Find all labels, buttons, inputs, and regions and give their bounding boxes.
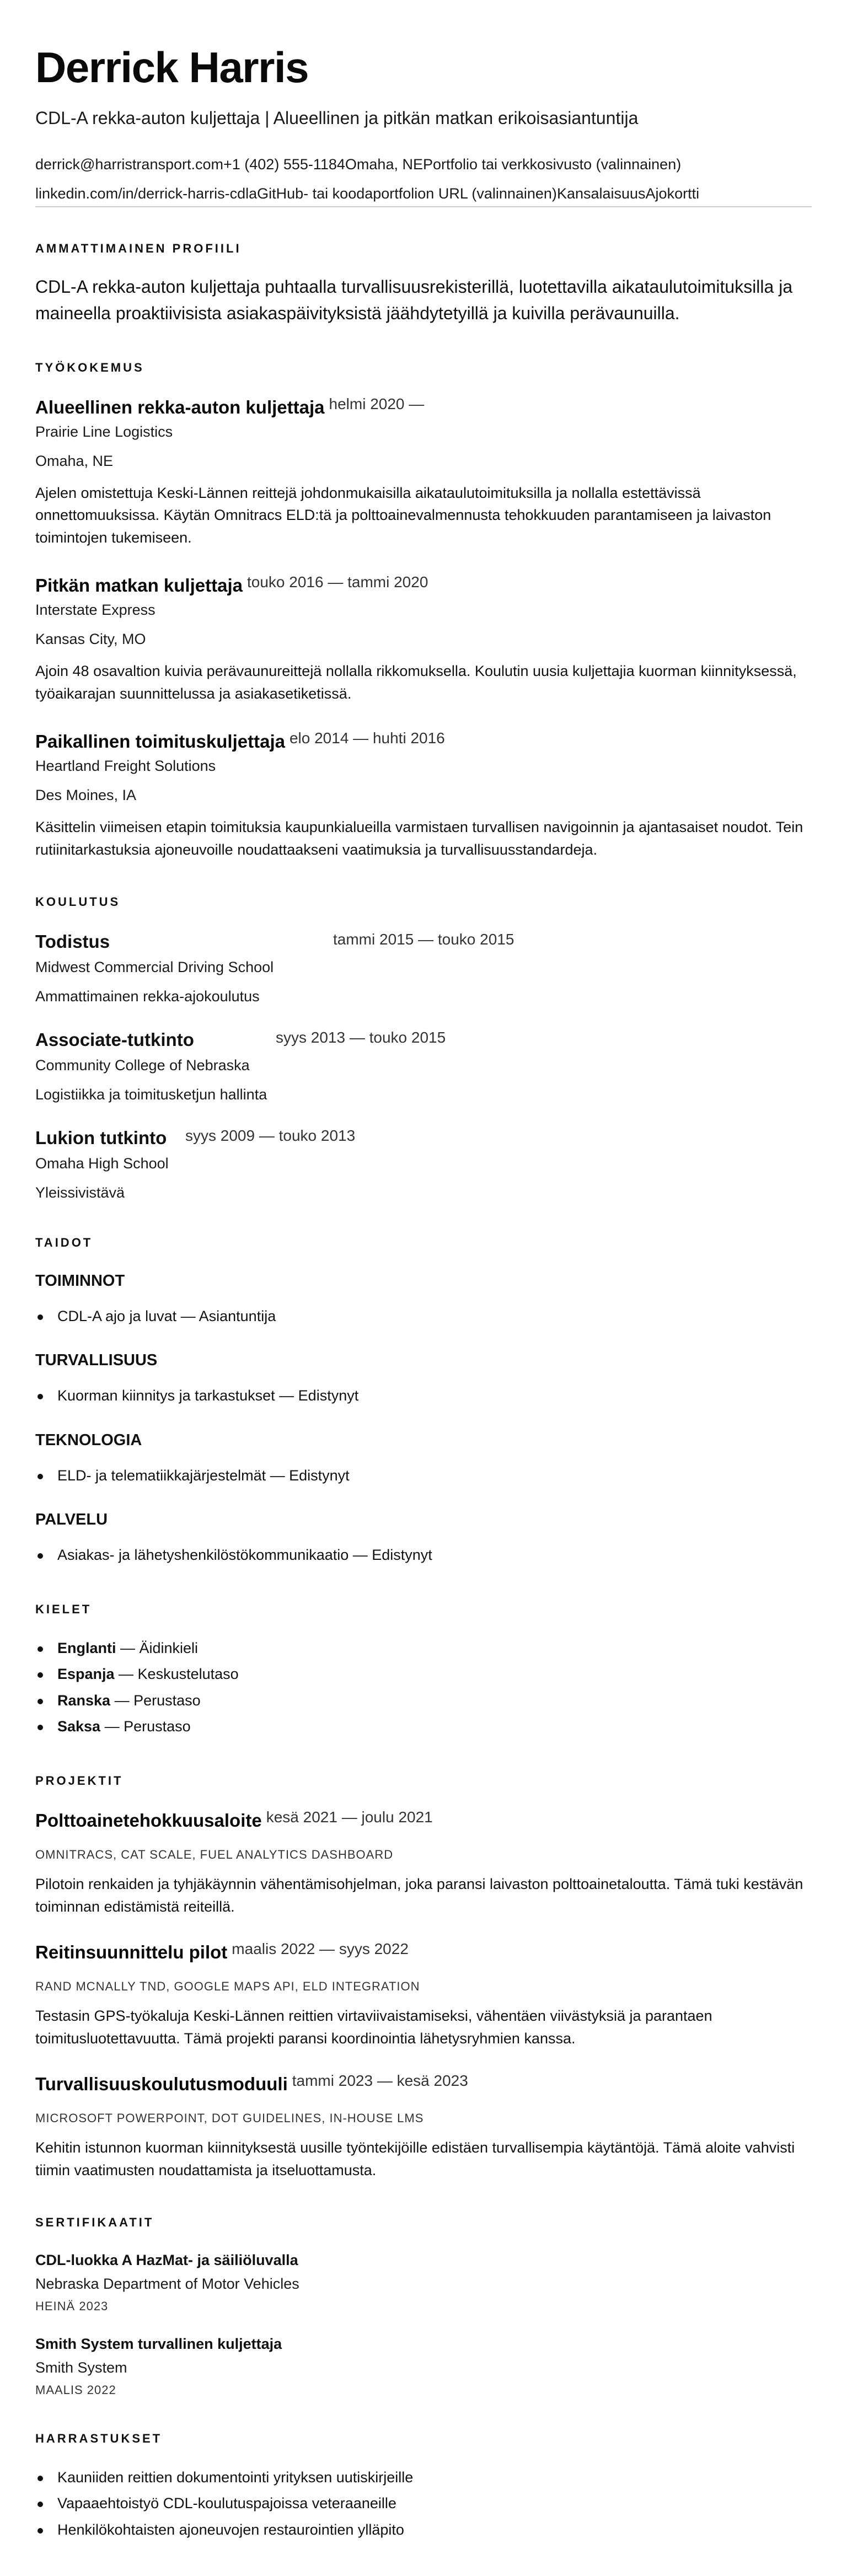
skill-item: Kuorman kiinnitys ja tarkastukset — Edis… <box>35 1383 812 1409</box>
language-name: Ranska <box>57 1692 110 1709</box>
degree-title: Lukion tutkinto <box>35 1128 185 1149</box>
project-entry: Turvallisuuskoulutusmoduulitammi 2023 — … <box>35 2074 812 2181</box>
certification-date: maalis 2022 <box>35 2383 812 2397</box>
job-description: Ajoin 48 osavaltion kuivia perävaunureit… <box>35 660 812 705</box>
certification-date: heinä 2023 <box>35 2299 812 2314</box>
section-title: Koulutus <box>35 895 812 909</box>
education-dates: tammi 2015 — touko 2015 <box>333 931 514 948</box>
headline: CDL-A rekka-auton kuljettaja | Alueellin… <box>35 107 812 130</box>
section-title: Sertifikaatit <box>35 2215 812 2230</box>
entry-header: Turvallisuuskoulutusmoduulitammi 2023 — … <box>35 2074 812 2095</box>
experience-entry: Pitkän matkan kuljettajatouko 2016 — tam… <box>35 575 812 705</box>
project-dates: tammi 2023 — kesä 2023 <box>292 2072 468 2090</box>
contact-citizenship: Kansalaisuus <box>557 185 646 202</box>
entry-header: Todistustammi 2015 — touko 2015 <box>35 931 812 952</box>
experience-section: Työkokemus Alueellinen rekka-auton kulje… <box>35 361 812 861</box>
field-of-study: Logistiikka ja toimitusketjun hallinta <box>35 1086 812 1103</box>
certifications-section: Sertifikaatit CDL-luokka A HazMat- ja sä… <box>35 2215 812 2397</box>
hobbies-section: Harrastukset Kauniiden reittien dokument… <box>35 2432 812 2543</box>
entry-header: Paikallinen toimituskuljettajaelo 2014 —… <box>35 731 812 752</box>
skills-section: Taidot ToiminnotCDL-A ajo ja luvat — Asi… <box>35 1236 812 1568</box>
education-list: Todistustammi 2015 — touko 2015Midwest C… <box>35 931 812 1201</box>
skill-list: Asiakas- ja lähetyshenkilöstökommunikaat… <box>35 1542 812 1568</box>
entry-header: Lukion tutkintosyys 2009 — touko 2013 <box>35 1128 812 1149</box>
skill-category: Teknologia <box>35 1431 812 1450</box>
profile-section: Ammattimainen profiili CDL-A rekka-auton… <box>35 241 812 326</box>
hobbies-list: Kauniiden reittien dokumentointi yrityks… <box>35 2465 812 2543</box>
language-name: Saksa <box>57 1718 100 1735</box>
profile-summary: CDL-A rekka-auton kuljettaja puhtaalla t… <box>35 273 812 326</box>
education-dates: syys 2013 — touko 2015 <box>276 1029 446 1046</box>
skill-item: ELD- ja telematiikkajärjestelmät — Edist… <box>35 1463 812 1489</box>
section-title: Projektit <box>35 1774 812 1788</box>
resume-header: Derrick Harris CDL-A rekka-auton kuljett… <box>35 44 812 207</box>
company-name: Interstate Express <box>35 602 812 619</box>
language-item: Ranska — Perustaso <box>35 1688 812 1714</box>
contact-line-primary: derrick@harristransport.com+1 (402) 555-… <box>35 155 812 174</box>
language-item: Saksa — Perustaso <box>35 1714 812 1740</box>
projects-list: Polttoainetehokkuusaloitekesä 2021 — jou… <box>35 1810 812 2181</box>
job-dates: touko 2016 — tammi 2020 <box>247 573 428 591</box>
hobby-item: Kauniiden reittien dokumentointi yrityks… <box>35 2465 812 2491</box>
job-title: Alueellinen rekka-auton kuljettaja <box>35 397 325 418</box>
language-level: — Perustaso <box>100 1718 191 1735</box>
project-title: Reitinsuunnittelu pilot <box>35 1942 227 1963</box>
section-title: Kielet <box>35 1602 812 1617</box>
contact-portfolio[interactable]: Portfolio tai verkkosivusto (valinnainen… <box>423 156 681 173</box>
skill-list: ELD- ja telematiikkajärjestelmät — Edist… <box>35 1463 812 1489</box>
entry-header: Alueellinen rekka-auton kuljettajahelmi … <box>35 397 812 418</box>
certification-title: CDL-luokka A HazMat- ja säiliöluvalla <box>35 2252 812 2269</box>
school-name: Community College of Nebraska <box>35 1057 812 1074</box>
entry-header: Associate-tutkintosyys 2013 — touko 2015 <box>35 1029 812 1050</box>
header-divider <box>35 206 812 207</box>
hobby-item: Vapaaehtoistyö CDL-koulutuspajoissa vete… <box>35 2491 812 2516</box>
project-title: Turvallisuuskoulutusmoduuli <box>35 2074 288 2095</box>
certification-issuer: Smith System <box>35 2359 812 2376</box>
job-location: Omaha, NE <box>35 453 812 470</box>
language-name: Espanja <box>57 1666 115 1682</box>
contact-github[interactable]: GitHub- tai koodaportfolion URL (valinna… <box>257 185 557 202</box>
skill-group: PalveluAsiakas- ja lähetyshenkilöstökomm… <box>35 1511 812 1568</box>
section-title: Taidot <box>35 1236 812 1250</box>
skill-category: Turvallisuus <box>35 1351 812 1370</box>
languages-section: Kielet Englanti — ÄidinkieliEspanja — Ke… <box>35 1602 812 1740</box>
job-dates: elo 2014 — huhti 2016 <box>290 729 445 747</box>
education-entry: Associate-tutkintosyys 2013 — touko 2015… <box>35 1029 812 1103</box>
entry-header: Pitkän matkan kuljettajatouko 2016 — tam… <box>35 575 812 596</box>
contact-phone[interactable]: +1 (402) 555-1184 <box>223 156 345 173</box>
candidate-name: Derrick Harris <box>35 44 812 92</box>
job-location: Des Moines, IA <box>35 787 812 804</box>
language-item: Espanja — Keskustelutaso <box>35 1661 812 1687</box>
skill-list: Kuorman kiinnitys ja tarkastukset — Edis… <box>35 1383 812 1409</box>
language-item: Englanti — Äidinkieli <box>35 1635 812 1661</box>
certification-entry: CDL-luokka A HazMat- ja säiliöluvallaNeb… <box>35 2252 812 2314</box>
field-of-study: Yleissivistävä <box>35 1184 812 1201</box>
section-title: Ammattimainen profiili <box>35 241 812 256</box>
job-description: Käsittelin viimeisen etapin toimituksia … <box>35 816 812 861</box>
project-tech-stack: Omnitracs, CAT Scale, Fuel Analytics Das… <box>35 1848 812 1862</box>
skill-item: Asiakas- ja lähetyshenkilöstökommunikaat… <box>35 1542 812 1568</box>
projects-section: Projektit Polttoainetehokkuusaloitekesä … <box>35 1774 812 2181</box>
skills-list: ToiminnotCDL-A ajo ja luvat — Asiantunti… <box>35 1272 812 1568</box>
degree-title: Associate-tutkinto <box>35 1029 276 1050</box>
certification-title: Smith System turvallinen kuljettaja <box>35 2336 812 2353</box>
project-description: Testasin GPS-työkaluja Keski-Lännen reit… <box>35 2005 812 2049</box>
certification-issuer: Nebraska Department of Motor Vehicles <box>35 2276 812 2293</box>
contact-linkedin[interactable]: linkedin.com/in/derrick-harris-cdla <box>35 185 257 202</box>
resume-page: Derrick Harris CDL-A rekka-auton kuljett… <box>0 0 847 2576</box>
company-name: Heartland Freight Solutions <box>35 758 812 775</box>
job-location: Kansas City, MO <box>35 631 812 648</box>
skill-group: TeknologiaELD- ja telematiikkajärjestelm… <box>35 1431 812 1489</box>
skill-category: Palvelu <box>35 1511 812 1529</box>
project-description: Pilotoin renkaiden ja tyhjäkäynnin vähen… <box>35 1873 812 1918</box>
degree-title: Todistus <box>35 931 333 952</box>
job-description: Ajelen omistettuja Keski-Lännen reittejä… <box>35 482 812 549</box>
job-dates: helmi 2020 — <box>329 395 425 413</box>
contact-email[interactable]: derrick@harristransport.com <box>35 156 223 173</box>
language-level: — Perustaso <box>110 1692 201 1709</box>
section-title: Työkokemus <box>35 361 812 375</box>
language-level: — Keskustelutaso <box>115 1666 239 1682</box>
project-title: Polttoainetehokkuusaloite <box>35 1810 262 1831</box>
education-entry: Lukion tutkintosyys 2009 — touko 2013Oma… <box>35 1128 812 1201</box>
job-title: Paikallinen toimituskuljettaja <box>35 731 285 752</box>
education-dates: syys 2009 — touko 2013 <box>185 1127 355 1145</box>
hobby-item: Henkilökohtaisten ajoneuvojen restauroin… <box>35 2517 812 2543</box>
skill-item: CDL-A ajo ja luvat — Asiantuntija <box>35 1303 812 1329</box>
company-name: Prairie Line Logistics <box>35 423 812 441</box>
experience-entry: Paikallinen toimituskuljettajaelo 2014 —… <box>35 731 812 861</box>
entry-header: Reitinsuunnittelu pilotmaalis 2022 — syy… <box>35 1942 812 1963</box>
skill-group: ToiminnotCDL-A ajo ja luvat — Asiantunti… <box>35 1272 812 1329</box>
project-dates: maalis 2022 — syys 2022 <box>232 1940 409 1958</box>
language-name: Englanti <box>57 1640 116 1656</box>
project-dates: kesä 2021 — joulu 2021 <box>266 1808 433 1826</box>
entry-header: Polttoainetehokkuusaloitekesä 2021 — jou… <box>35 1810 812 1831</box>
skill-category: Toiminnot <box>35 1272 812 1290</box>
certification-entry: Smith System turvallinen kuljettajaSmith… <box>35 2336 812 2397</box>
project-entry: Polttoainetehokkuusaloitekesä 2021 — jou… <box>35 1810 812 1918</box>
project-tech-stack: Microsoft PowerPoint, DOT Guidelines, In… <box>35 2111 812 2126</box>
project-description: Kehitin istunnon kuorman kiinnityksestä … <box>35 2137 812 2181</box>
contact-location: Omaha, NE <box>345 156 423 173</box>
experience-entry: Alueellinen rekka-auton kuljettajahelmi … <box>35 397 812 549</box>
field-of-study: Ammattimainen rekka-ajokoulutus <box>35 988 812 1005</box>
language-level: — Äidinkieli <box>116 1640 199 1656</box>
contact-license: Ajokortti <box>646 185 700 202</box>
skill-group: TurvallisuusKuorman kiinnitys ja tarkast… <box>35 1351 812 1409</box>
certifications-list: CDL-luokka A HazMat- ja säiliöluvallaNeb… <box>35 2252 812 2397</box>
school-name: Midwest Commercial Driving School <box>35 959 812 976</box>
skill-list: CDL-A ajo ja luvat — Asiantuntija <box>35 1303 812 1329</box>
education-entry: Todistustammi 2015 — touko 2015Midwest C… <box>35 931 812 1005</box>
education-section: Koulutus Todistustammi 2015 — touko 2015… <box>35 895 812 1201</box>
experience-list: Alueellinen rekka-auton kuljettajahelmi … <box>35 397 812 861</box>
project-tech-stack: Rand McNally TND, Google Maps API, ELD I… <box>35 1979 812 1994</box>
languages-list: Englanti — ÄidinkieliEspanja — Keskustel… <box>35 1635 812 1740</box>
job-title: Pitkän matkan kuljettaja <box>35 575 243 596</box>
project-entry: Reitinsuunnittelu pilotmaalis 2022 — syy… <box>35 1942 812 2049</box>
contact-line-secondary: linkedin.com/in/derrick-harris-cdlaGitHu… <box>35 184 812 203</box>
school-name: Omaha High School <box>35 1155 812 1172</box>
section-title: Harrastukset <box>35 2432 812 2446</box>
